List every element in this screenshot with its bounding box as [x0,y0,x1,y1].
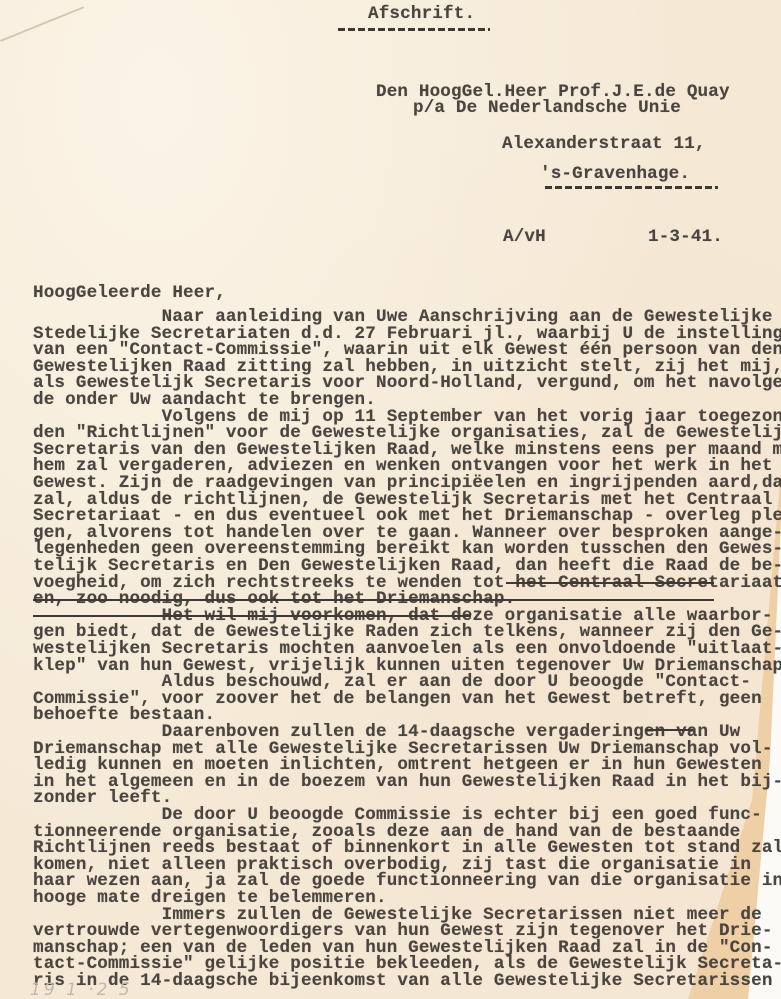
letter-date: 1-3-41. [648,229,723,246]
emphasis-underline-geen [645,729,693,731]
recipient-street: Alexanderstraat 11, [502,136,706,153]
body-line: ris in de 14-daagsche bijeenkomst van al… [33,973,773,990]
reference-code: A/vH [503,229,546,246]
emphasis-underline-2 [33,599,714,601]
city-underline [545,186,718,189]
handwritten-archive-note: 19 1 ·2 5 [30,980,133,999]
recipient-organisation: p/a De Nederlandsche Unie [413,100,681,117]
salutation: HoogGeleerde Heer, [33,285,226,302]
document-heading: Afschrift. [368,6,475,23]
emphasis-underline-3 [33,615,471,617]
recipient-city: 's-Gravenhage. [540,166,690,183]
emphasis-underline-1 [506,582,714,584]
heading-underline [338,28,490,31]
